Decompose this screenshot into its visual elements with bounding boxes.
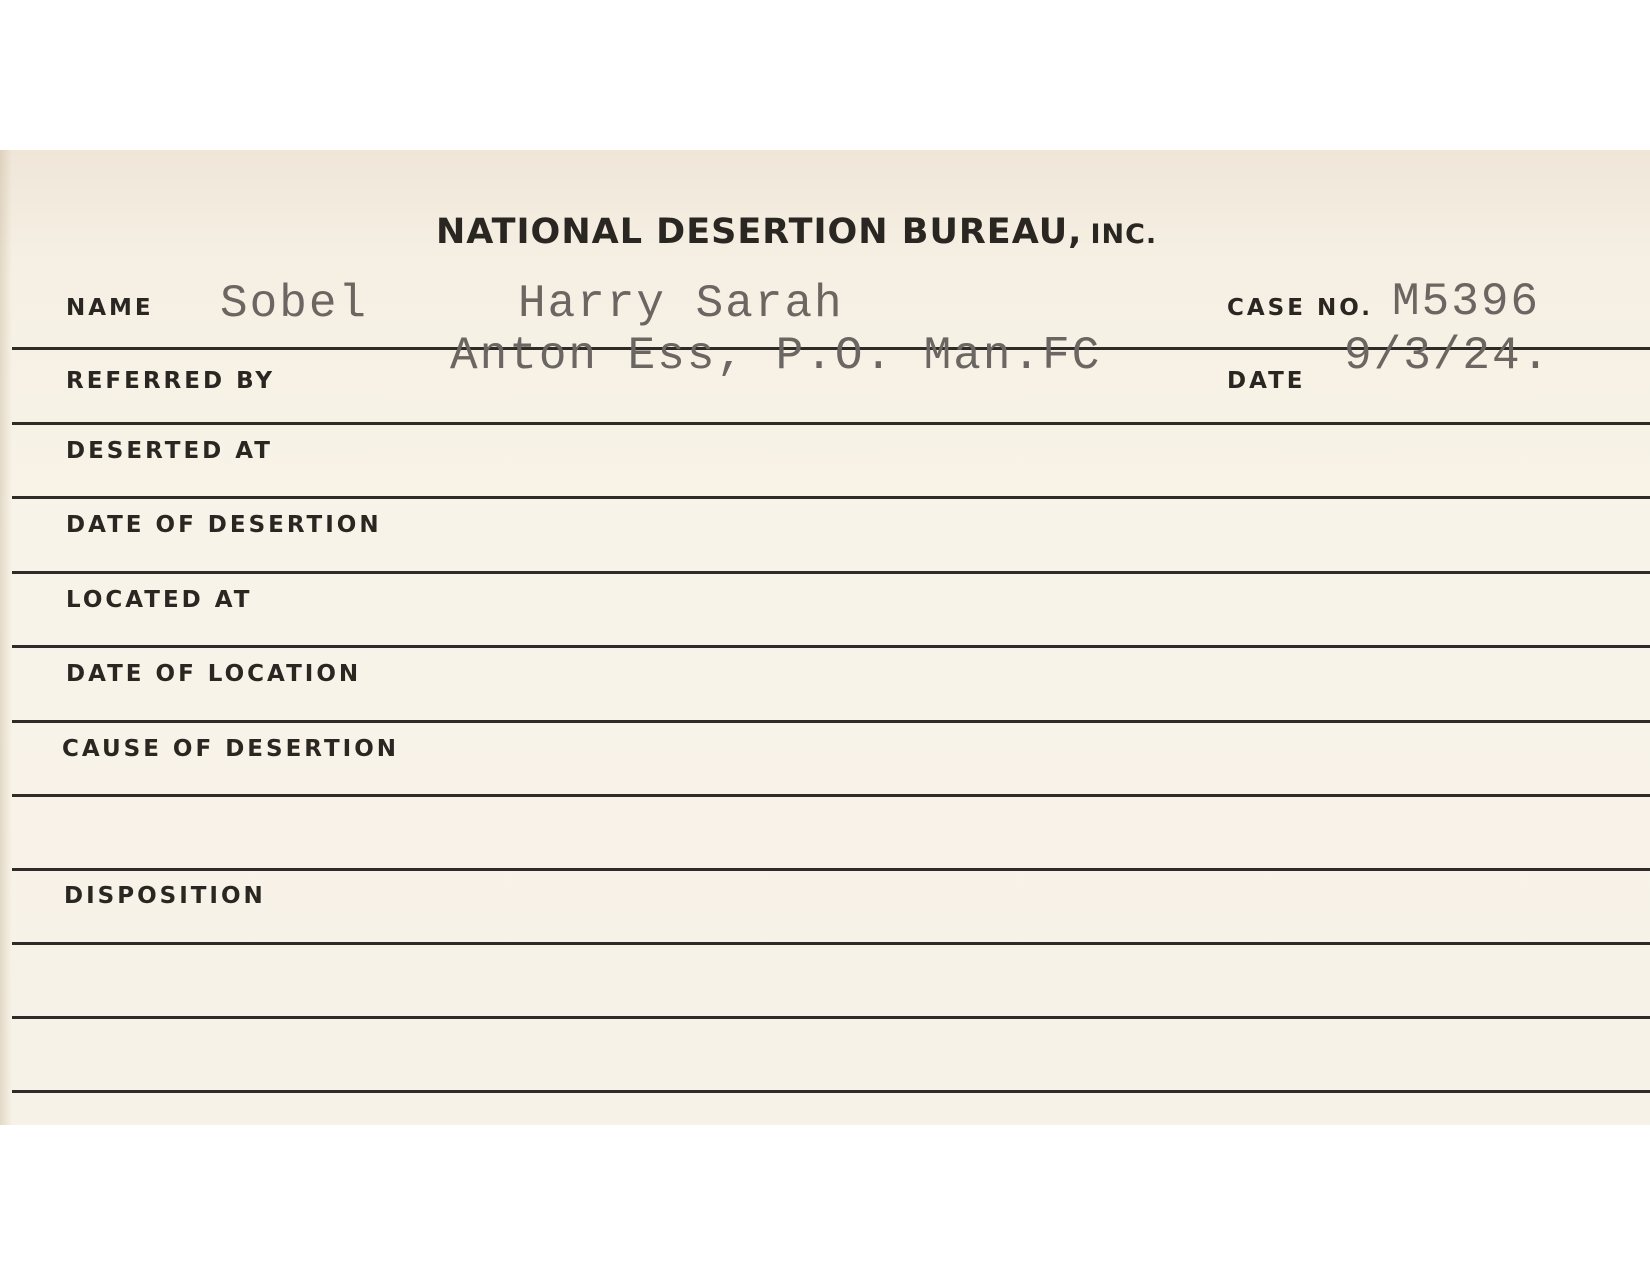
- rule-line: [12, 868, 1650, 871]
- date-of-location-label: DATE OF LOCATION: [66, 661, 361, 687]
- referred-by-label: REFERRED BY: [66, 368, 275, 394]
- rule-line: [12, 645, 1650, 648]
- case-no-label: CASE NO.: [1227, 295, 1373, 321]
- date-value: 9/3/24.: [1344, 330, 1551, 382]
- referred-by-value: Anton Ess, P.O. Man.FC: [450, 330, 1101, 382]
- rule-line: [12, 720, 1650, 723]
- date-label: DATE: [1227, 368, 1306, 394]
- rule-line: [12, 496, 1650, 499]
- bureau-suffix: INC.: [1090, 219, 1157, 250]
- located-at-label: LOCATED AT: [66, 587, 253, 613]
- card-title: NATIONAL DESERTION BUREAU,INC.: [436, 212, 1157, 252]
- rule-line: [12, 571, 1650, 574]
- disposition-label: DISPOSITION: [64, 883, 266, 909]
- case-no-value: M5396: [1392, 276, 1540, 328]
- date-of-desertion-label: DATE OF DESERTION: [66, 512, 382, 538]
- name-surname-value: Sobel: [220, 278, 368, 330]
- desertion-index-card: NATIONAL DESERTION BUREAU,INC. NAME Sobe…: [0, 150, 1650, 1125]
- rule-line: [12, 1016, 1650, 1019]
- cause-of-desertion-label: CAUSE OF DESERTION: [62, 736, 399, 762]
- deserted-at-label: DESERTED AT: [66, 438, 273, 464]
- rule-line: [12, 942, 1650, 945]
- rule-line: [12, 794, 1650, 797]
- rule-line: [12, 1090, 1650, 1093]
- name-label: NAME: [66, 295, 154, 321]
- name-given-value: Harry Sarah: [518, 278, 844, 330]
- rule-line: [12, 422, 1650, 425]
- bureau-name: NATIONAL DESERTION BUREAU,: [436, 212, 1082, 252]
